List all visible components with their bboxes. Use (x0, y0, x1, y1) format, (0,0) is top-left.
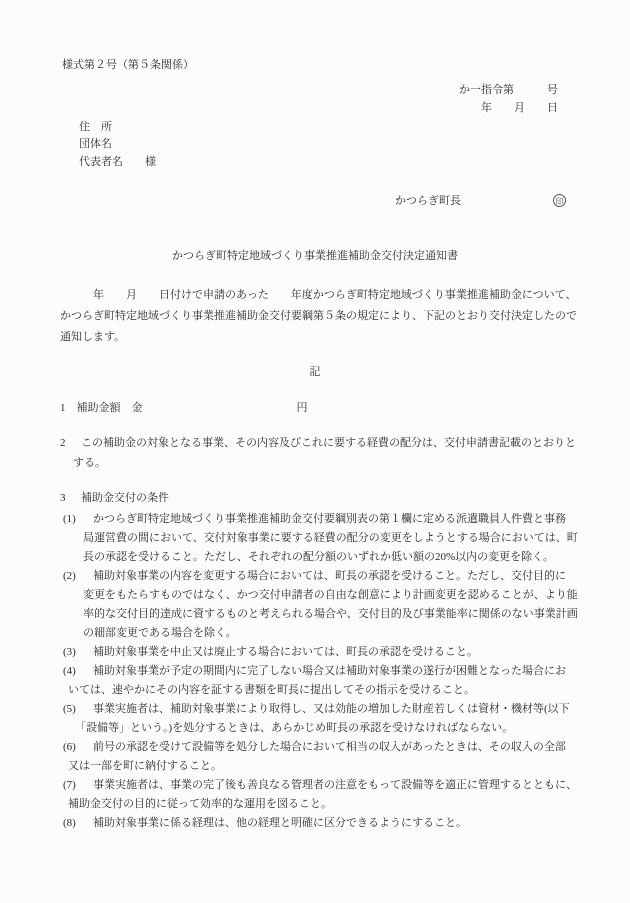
condition-4-line-2: いては、速やかにその内容を証する書類を町長に提出してその指示を受けること。 (60, 681, 572, 700)
condition-1-number: (1) (63, 510, 93, 529)
sender-name: かつらぎ町長 (395, 191, 461, 211)
item-2-text: この補助金の対象となる事業、その内容及びこれに要する経費の配分は、交付申請書記載… (81, 437, 576, 449)
form-number: 様式第２号（第５条関係） (62, 55, 194, 75)
item-2-line-1: 2この補助金の対象となる事業、その内容及びこれに要する経費の配分は、交付申請書記… (60, 433, 576, 453)
item-3-heading: 補助金交付の条件 (81, 492, 169, 504)
reference-number-line: か一指令第 号 (459, 80, 558, 100)
condition-4-number: (4) (63, 662, 93, 681)
condition-3-number: (3) (63, 643, 93, 662)
condition-7-line-1: (7)事業実施者は、事業の完了後も善良なる管理者の注意をもって設備等を適正に管理… (60, 776, 572, 795)
body-line-2: かつらぎ町特定地域づくり事業推進補助金交付要綱第５条の規定により、下記のとおり交… (60, 306, 577, 327)
condition-2-line-1: (2)補助対象事業の内容を変更する場合においては、町長の承認を受けること。ただし… (60, 567, 572, 586)
condition-2-text: 補助対象事業の内容を変更する場合においては、町長の承認を受けること。ただし、交付… (93, 570, 566, 582)
condition-5-line-1: (5)事業実施者は、補助対象事業により取得し、又は効能の増加した財産若しくは資材… (60, 700, 572, 719)
condition-5-line-2: 「設備等」という。)を処分するときは、あらかじめ町長の承認を受けなければならない… (60, 719, 572, 738)
item-2-line-2: する。 (60, 453, 576, 473)
mayor-seal-icon: 印 (553, 194, 566, 207)
condition-2-line-4: の細部変更である場合を除く。 (60, 624, 572, 643)
condition-7-number: (7) (63, 776, 93, 795)
condition-1-text: かつらぎ町特定地域づくり事業推進補助金交付要綱別表の第１欄に定める派遣職員人件費… (93, 513, 566, 525)
condition-2-line-2: 変更をもたらすものではなく、かつ交付申請者の自由な創意により計画変更を認めること… (60, 586, 572, 605)
item-3-heading-row: 3補助金交付の条件 (60, 488, 169, 508)
subsidy-grant-decision-notice-document: 様式第２号（第５条関係） か一指令第 号 年 月 日 住 所 団体名 代表者名 … (0, 0, 630, 903)
body-line-1: 年 月 日付けで申請のあった 年度かつらぎ町特定地域づくり事業推進補助金について… (60, 285, 577, 306)
condition-2-number: (2) (63, 567, 93, 586)
body-paragraph: 年 月 日付けで申請のあった 年度かつらぎ町特定地域づくり事業推進補助金について… (60, 285, 577, 348)
condition-6-line-2: 又は一部を町に納付すること。 (60, 757, 572, 776)
condition-1-line-1: (1)かつらぎ町特定地域づくり事業推進補助金交付要綱別表の第１欄に定める派遣職員… (60, 510, 572, 529)
item-2: 2この補助金の対象となる事業、その内容及びこれに要する経費の配分は、交付申請書記… (60, 433, 576, 473)
record-mark: 記 (0, 362, 630, 382)
date-line: 年 月 日 (481, 98, 558, 118)
recipient-representative-line: 代表者名 様 (79, 152, 156, 172)
condition-6-text: 前号の承認を受けて設備等を処分した場合において相当の収入があったときは、その収入… (93, 741, 566, 753)
condition-6-line-1: (6)前号の承認を受けて設備等を処分した場合において相当の収入があったときは、そ… (60, 738, 572, 757)
condition-6-number: (6) (63, 738, 93, 757)
condition-4-text: 補助対象事業が予定の期間内に完了しない場合又は補助対象事業の遂行が困難となった場… (93, 665, 566, 677)
item-1-subsidy-amount: 1 補助金額 金 円 (60, 398, 308, 418)
condition-2-line-3: 率的な交付目的達成に資するものと考えられる場合や、交付目的及び事業能率に関係のな… (60, 605, 572, 624)
seal-character: 印 (556, 197, 564, 206)
condition-7-text: 事業実施者は、事業の完了後も善良なる管理者の注意をもって設備等を適正に管理すると… (93, 779, 577, 791)
recipient-organization-label: 団体名 (79, 134, 112, 154)
condition-7-line-2: 補助金交付の目的に従って効率的な運用を図ること。 (60, 795, 572, 814)
condition-5-text: 事業実施者は、補助対象事業により取得し、又は効能の増加した財産若しくは資材・機材… (93, 703, 570, 715)
condition-1-line-2: 局運営費の間において、交付対象事業に要する経費の配分の変更をしようとする場合にお… (60, 529, 572, 548)
item-3-number: 3 (60, 488, 81, 508)
condition-5-number: (5) (63, 700, 93, 719)
condition-3-text: 補助対象事業を中止又は廃止する場合においては、町長の承認を受けること。 (93, 646, 478, 658)
item-2-number: 2 (60, 433, 81, 453)
conditions-list: (1)かつらぎ町特定地域づくり事業推進補助金交付要綱別表の第１欄に定める派遣職員… (60, 510, 572, 833)
condition-8-line-1: (8)補助対象事業に係る経理は、他の経理と明確に区分できるようにすること。 (60, 814, 572, 833)
condition-8-number: (8) (63, 814, 93, 833)
condition-4-line-1: (4)補助対象事業が予定の期間内に完了しない場合又は補助対象事業の遂行が困難とな… (60, 662, 572, 681)
document-title: かつらぎ町特定地域づくり事業推進補助金交付決定通知書 (0, 246, 630, 266)
condition-8-text: 補助対象事業に係る経理は、他の経理と明確に区分できるようにすること。 (93, 817, 467, 829)
condition-3-line-1: (3)補助対象事業を中止又は廃止する場合においては、町長の承認を受けること。 (60, 643, 572, 662)
condition-1-line-3: 長の承認を受けること。ただし、それぞれの配分額のいずれか低い額の20%以内の変更… (60, 548, 572, 567)
body-line-3: 通知します。 (60, 327, 577, 348)
